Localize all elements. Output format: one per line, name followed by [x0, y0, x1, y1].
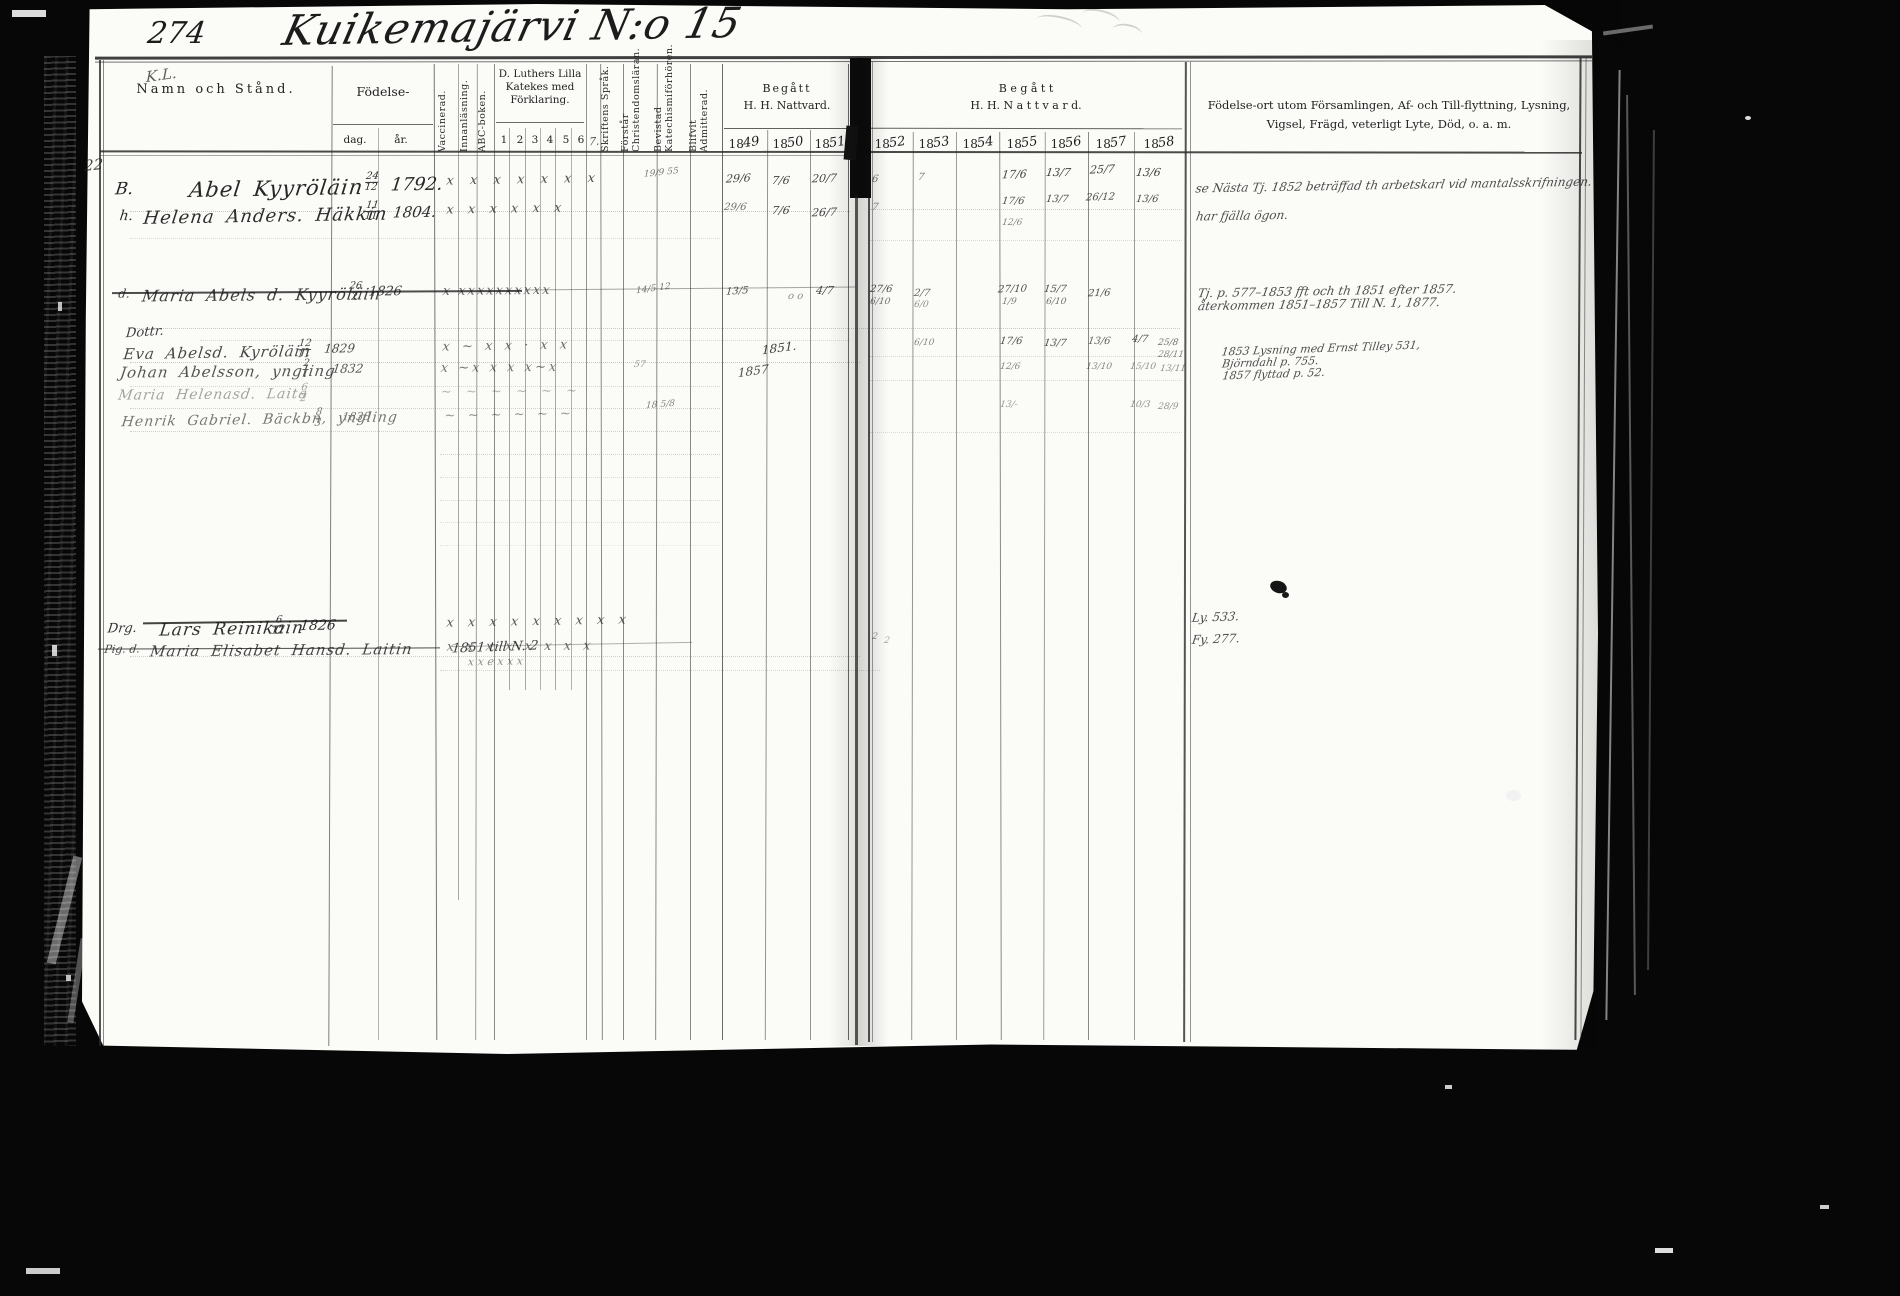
entry-catechism-marks: x x x x x x x	[446, 171, 602, 189]
year-handwritten-suffix: 53	[932, 134, 950, 151]
entry-catechism-marks: x ~ x x · x x	[442, 337, 573, 354]
table-rule-vertical	[103, 60, 104, 1046]
birth-date-part: 12	[364, 182, 378, 193]
entry-prefix: Drg.	[107, 621, 138, 637]
communion-right-line1: B e g å t t	[999, 82, 1054, 95]
page-number: 274	[146, 16, 208, 51]
entry-catechism-marks: x x x x x x x x x	[446, 612, 632, 630]
handwritten-mark: 15/10	[1129, 362, 1156, 372]
scan-artifact	[1282, 592, 1289, 598]
year-handwritten-suffix: 55	[1020, 134, 1038, 151]
birth-date-part: 6	[301, 383, 309, 393]
col-header-understands-doctrine: Förstår Christendomsläran.	[620, 62, 652, 152]
handwritten-mark: 13/6	[1135, 166, 1162, 179]
handwritten-mark: 28/9	[1157, 402, 1179, 412]
handwritten-mark: 27/10	[997, 284, 1027, 296]
handwritten-mark: 25/7	[1089, 162, 1115, 176]
margin-note-line: Ly. 533.	[1191, 609, 1240, 625]
entry-birth-year: 1804.	[392, 203, 437, 222]
margin-note: Tj. p. 577–1853 fft och th 1851 efter 18…	[1198, 282, 1457, 313]
year-label: 1857	[1088, 133, 1134, 152]
year-handwritten-suffix: 52	[888, 134, 906, 151]
handwritten-mark: 2/7	[913, 288, 931, 299]
entry-name: Helena Anders. Häkkin	[142, 204, 389, 229]
handwritten-mark: 7.	[589, 135, 600, 149]
catechism-line1: D. Luthers Lilla	[499, 68, 582, 80]
handwritten-mark: 57	[633, 360, 646, 370]
col-header-reading: Innanläsning.	[459, 62, 470, 152]
scan-artifact	[1445, 1085, 1452, 1089]
col-header-communion-right: B e g å t t H. H. N a t t v a r d.	[870, 80, 1182, 114]
year-handwritten-suffix: 56	[1064, 134, 1082, 151]
scan-artifact	[12, 10, 46, 17]
row-guide-dotted	[440, 454, 720, 455]
row-guide-dotted	[870, 432, 1182, 433]
communion-left-line1: Begått	[762, 82, 811, 95]
year-label: 1854	[956, 133, 1000, 152]
entry-catechism-marks: x ~x x x x~x	[440, 360, 560, 376]
row-guide-dotted	[440, 522, 720, 523]
catechism-subcol-number: 3	[528, 134, 542, 146]
entry-name: Maria Helenasd. Laita	[117, 386, 309, 404]
church-record-scan: 274 Kuikemajärvi N:o 15 Namn och Stånd. …	[0, 0, 1900, 1296]
year-handwritten-suffix: 57	[1109, 134, 1127, 151]
table-rule-horizontal	[496, 122, 584, 123]
year-label: 1849	[722, 133, 766, 152]
birth-date-part: 12	[271, 625, 285, 636]
birth-date-part: 6	[272, 615, 286, 625]
scan-artifact	[1605, 70, 1620, 1020]
birth-date-part: 26	[349, 282, 363, 292]
scan-artifact	[1540, 40, 1598, 1050]
entry-catechism-marks: x x x x x x	[446, 201, 568, 218]
entry-catechism-marks: ~ ~ ~ ~ ~ ~	[440, 384, 583, 400]
entry-birth-year: 1838	[342, 410, 372, 423]
handwritten-mark: 29/6	[723, 202, 747, 213]
entry-birth-date: 1111	[364, 201, 379, 222]
handwritten-mark: 13/11	[1159, 364, 1186, 374]
birth-date-part: 2	[347, 292, 361, 303]
year-handwritten-suffix: 58	[1157, 134, 1175, 151]
handwritten-mark: 12/6	[999, 362, 1021, 372]
table-rule-vertical	[378, 128, 379, 1040]
handwritten-mark: 28/11	[1157, 350, 1184, 360]
handwritten-mark: 29/6	[725, 171, 751, 185]
col-header-abc-book: ABC-boken.	[477, 62, 488, 152]
handwritten-mark: 25/8	[1157, 338, 1179, 348]
col-subheader-birth-year: år.	[380, 134, 422, 146]
col-header-vaccinated: Vaccinerad.	[437, 62, 448, 152]
margin-note-line: har fjälla ögon.	[1195, 203, 1593, 224]
communion-right-line2: H. H. N a t t v a r d.	[970, 99, 1081, 112]
entry-birth-date: 612	[271, 615, 286, 636]
handwritten-mark: 13/7	[1043, 338, 1067, 349]
scan-artifact	[828, 56, 888, 1046]
col-header-birth: Födelse-	[333, 84, 433, 99]
entry-prefix: B.	[114, 179, 134, 199]
year-label: 1850	[766, 133, 810, 152]
handwritten-mark: 13/7	[1045, 166, 1072, 179]
col-header-notes: Födelse-ort utom Församlingen, Af- och T…	[1196, 96, 1582, 134]
catechism-subcol-number: 2	[513, 134, 527, 146]
entry-birth-date: 2412	[364, 172, 379, 193]
handwritten-mark: 13/6	[1135, 194, 1159, 205]
entry-name: Abel Kyyröläin	[188, 175, 365, 202]
col-subheader-birth-day: dag.	[334, 134, 376, 146]
entry-birth-year: 1826	[299, 618, 337, 635]
catechism-line2: Katekes med	[506, 81, 575, 93]
birth-date-part: 12	[298, 339, 312, 349]
handwritten-mark: 6/10	[913, 338, 935, 348]
row-guide-dotted	[440, 477, 720, 478]
table-rule-vertical	[99, 60, 101, 1046]
handwritten-mark: x x e x x x	[467, 655, 524, 669]
birth-date-part: 8	[315, 408, 323, 418]
scan-noise-strip	[44, 56, 76, 1046]
handwritten-mark: 1/9	[1001, 297, 1017, 307]
catechism-subcol-number: 1	[497, 134, 511, 146]
entry-birth-year: 1792.	[390, 174, 444, 196]
entry-name: Maria Elisabet Hansd. Laitin	[149, 640, 414, 660]
col-header-catechism: D. Luthers Lilla Katekes med Förklaring.	[494, 68, 586, 107]
birth-date-part: 2	[303, 359, 311, 369]
col-header-admitted: Blifvit Admitterad.	[688, 62, 718, 152]
margin-note: 1853 Lysning med Ernst Tilley 531,Björnd…	[1221, 339, 1421, 382]
birth-date-part: 24	[365, 172, 379, 182]
table-rule-horizontal	[333, 124, 433, 125]
birth-date-part: 11	[365, 201, 379, 211]
handwritten-mark: 1851 till N. 2	[451, 639, 539, 657]
handwritten-mark: 7/6	[771, 174, 791, 187]
catechism-line3: Förklaring.	[510, 94, 569, 106]
birth-date-part: 2	[299, 393, 307, 404]
year-label: 1856	[1044, 133, 1088, 152]
handwritten-mark: 17/6	[1001, 196, 1025, 207]
year-handwritten-suffix: 54	[976, 134, 994, 151]
handwritten-mark: 13/-	[999, 400, 1018, 410]
col-header-scripture: Skriftens Språk.	[600, 62, 611, 152]
margin-note-line: Fy. 277.	[1191, 631, 1241, 647]
scan-artifact	[26, 1268, 60, 1274]
handwritten-mark: 13/5	[726, 285, 749, 298]
entry-birth-year: 1829	[323, 341, 355, 356]
handwritten-mark: 21/6	[1087, 288, 1111, 300]
entry-name: Eva Abelsd. Kyröläin	[122, 342, 312, 363]
handwritten-mark: 7/6	[771, 204, 791, 217]
year-handwritten-suffix: 50	[786, 134, 804, 151]
entry-catechism-marks: x xxxxxxxxxx	[442, 283, 553, 299]
handwritten-mark: Dottr.	[125, 324, 164, 342]
margin-note: Fy. 277.	[1192, 631, 1240, 645]
scan-artifact	[1626, 95, 1636, 995]
birth-date-part: 11	[364, 211, 378, 222]
handwritten-mark: 15/7	[1043, 284, 1067, 295]
notes-header-line2: Vigsel, Frägd, veterligt Lyte, Död, o. a…	[1267, 117, 1512, 131]
row-guide-dotted	[440, 500, 720, 501]
year-label: 1853	[912, 133, 956, 152]
page-title: Kuikemajärvi N:o 15	[278, 0, 747, 55]
table-rule-vertical	[1088, 132, 1089, 1040]
birth-date-part: 3	[314, 418, 322, 429]
handwritten-mark: 22	[84, 155, 104, 175]
handwritten-mark: 6/0	[913, 300, 929, 310]
catechism-subcol-number: 4	[543, 134, 557, 146]
handwritten-mark: 17/6	[999, 336, 1023, 347]
handwritten-mark: 12/6	[1001, 218, 1023, 228]
table-rule-horizontal	[100, 155, 852, 156]
scan-artifact	[1655, 1248, 1673, 1253]
entry-prefix: d.	[117, 287, 130, 301]
scan-artifact	[1745, 116, 1751, 120]
entry-birth-date: 1211	[297, 339, 312, 360]
entry-catechism-marks: ~ ~ ~ ~ ~ ~	[444, 406, 576, 423]
table-rule-vertical	[1134, 132, 1135, 1040]
year-label: 1858	[1134, 133, 1184, 152]
entry-birth-year: 1832	[332, 362, 364, 376]
handwritten-mark: 13/6	[1087, 336, 1111, 347]
entry-birth-year: 1826	[368, 284, 403, 299]
entry-prefix: Pig. d.	[104, 642, 141, 655]
handwritten-mark: 6/10	[1045, 297, 1067, 307]
year-handwritten-suffix: 49	[742, 134, 760, 151]
catechism-subcol-number: 5	[559, 134, 573, 146]
handwritten-mark: 13/10	[1085, 362, 1112, 372]
handwritten-mark: 13/7	[1045, 194, 1069, 205]
table-rule-vertical	[810, 130, 811, 1040]
row-guide-dotted	[440, 545, 720, 546]
scan-artifact	[1647, 130, 1655, 970]
handwritten-mark: 10/3	[1129, 400, 1151, 410]
margin-note: Ly. 533.	[1192, 609, 1240, 623]
communion-left-line2: H. H. Nattvard.	[744, 99, 831, 112]
notes-header-line1: Födelse-ort utom Församlingen, Af- och T…	[1208, 98, 1570, 112]
handwritten-mark: 17/6	[1001, 168, 1027, 182]
handwritten-mark: 26/12	[1085, 192, 1115, 204]
scan-artifact	[1506, 790, 1521, 801]
row-guide-dotted	[130, 238, 720, 239]
handwritten-mark: 4/7	[1131, 334, 1149, 345]
scan-artifact	[1820, 1205, 1829, 1209]
margin-note: se Nästa Tj. 1852 beträffad th arbetskar…	[1196, 175, 1593, 238]
catechism-subcol-number: 6	[574, 134, 588, 146]
entry-prefix: h.	[119, 208, 134, 224]
year-label: 1855	[1000, 133, 1044, 152]
table-rule-vertical	[956, 132, 957, 1040]
handwritten-mark: o o	[787, 291, 804, 302]
row-guide-dotted	[870, 240, 1182, 241]
row-guide-dotted	[440, 670, 880, 671]
